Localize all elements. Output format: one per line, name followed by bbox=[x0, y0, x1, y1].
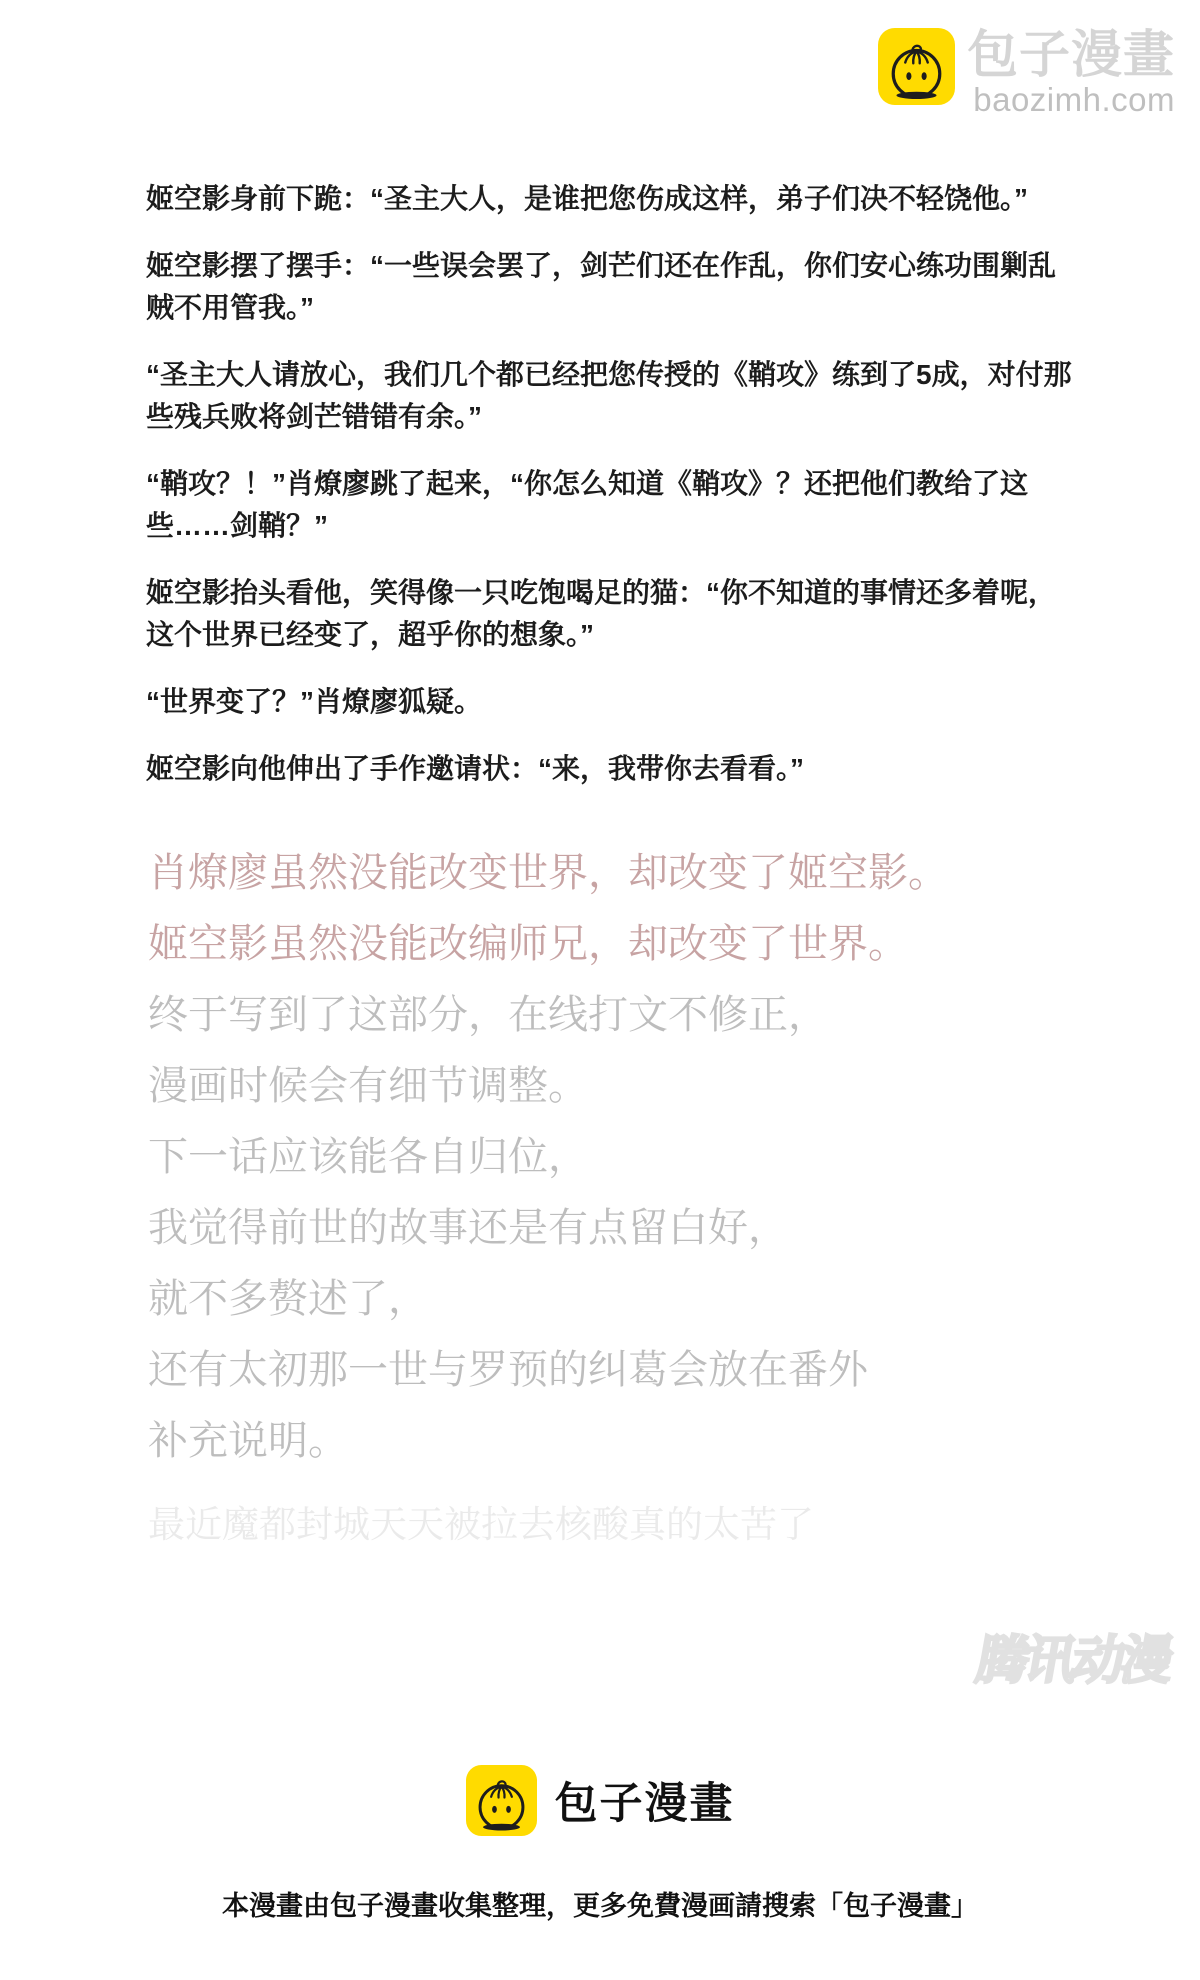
note-line: 姬空影虽然没能改编师兄，却改变了世界。 bbox=[148, 909, 1148, 980]
story-paragraph: “圣主大人请放心，我们几个都已经把您传授的《鞘攻》练到了5成，对付那些残兵败将剑… bbox=[146, 354, 1078, 438]
story-paragraph: 姬空影向他伸出了手作邀请状：“来，我带你去看看。” bbox=[146, 748, 1078, 790]
baozi-logo-icon bbox=[466, 1765, 537, 1836]
note-line: 我觉得前世的故事还是有点留白好， bbox=[148, 1193, 1148, 1264]
note-line: 补充说明。 bbox=[148, 1406, 1148, 1477]
story-paragraph: 姬空影摆了摆手：“一些误会罢了，剑芒们还在作乱，你们安心练功围剿乱贼不用管我。” bbox=[146, 245, 1078, 329]
header-brand-text: 包子漫畫 baozimh.com bbox=[967, 28, 1175, 116]
footer-brand-label: 包子漫畫 bbox=[555, 1770, 735, 1831]
note-line: 漫画时候会有细节调整。 bbox=[148, 1051, 1148, 1122]
note-line: 还有太初那一世与罗预的纠葛会放在番外 bbox=[148, 1335, 1148, 1406]
story-paragraph: “世界变了？”肖燎廖狐疑。 bbox=[146, 681, 1078, 723]
story-text: 姬空影身前下跪：“圣主大人，是谁把您伤成这样，弟子们决不轻饶他。” 姬空影摆了摆… bbox=[146, 178, 1078, 815]
footer-text: 本漫畫由包子漫畫收集整理，更多免費漫画請搜索「包子漫畫」 bbox=[0, 1884, 1200, 1923]
note-line-faint: 最近魔都封城天天被拉去核酸真的太苦了 bbox=[148, 1489, 1148, 1560]
tencent-comics-watermark: 腾讯动漫 bbox=[971, 1618, 1176, 1693]
note-line: 下一话应该能各自归位， bbox=[148, 1122, 1148, 1193]
note-line: 终于写到了这部分，在线打文不修正， bbox=[148, 980, 1148, 1051]
story-paragraph: 姬空影抬头看他，笑得像一只吃饱喝足的猫：“你不知道的事情还多着呢，这个世界已经变… bbox=[146, 572, 1078, 656]
note-line: 就不多赘述了， bbox=[148, 1264, 1148, 1335]
story-paragraph: “鞘攻？！”肖燎廖跳了起来，“你怎么知道《鞘攻》？还把他们教给了这些……剑鞘？” bbox=[146, 463, 1078, 547]
footer-brand: 包子漫畫 bbox=[0, 1765, 1200, 1836]
brand-domain: baozimh.com bbox=[973, 83, 1175, 116]
comic-page: 包子漫畫 baozimh.com 姬空影身前下跪：“圣主大人，是谁把您伤成这样，… bbox=[0, 0, 1200, 1980]
header-brand: 包子漫畫 baozimh.com bbox=[878, 28, 1175, 116]
author-notes: 肖燎廖虽然没能改变世界，却改变了姬空影。 姬空影虽然没能改编师兄，却改变了世界。… bbox=[148, 838, 1148, 1560]
baozi-logo-icon bbox=[878, 28, 955, 105]
note-line: 肖燎廖虽然没能改变世界，却改变了姬空影。 bbox=[148, 838, 1148, 909]
story-paragraph: 姬空影身前下跪：“圣主大人，是谁把您伤成这样，弟子们决不轻饶他。” bbox=[146, 178, 1078, 220]
brand-title: 包子漫畫 bbox=[967, 28, 1175, 82]
